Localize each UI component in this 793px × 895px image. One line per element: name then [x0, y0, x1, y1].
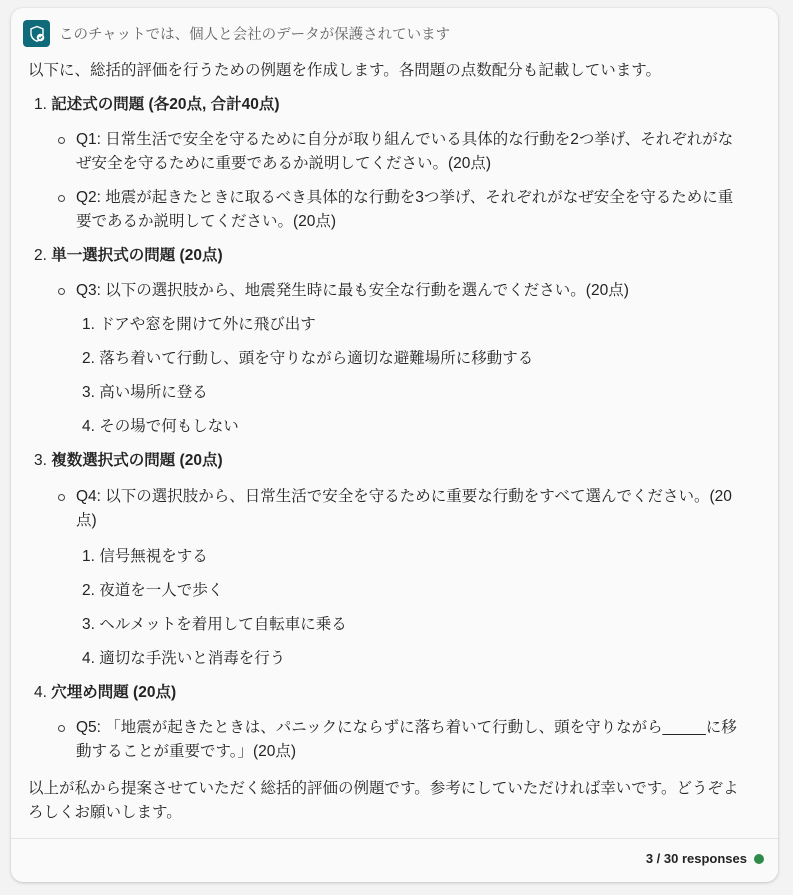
bullet-icon — [58, 137, 65, 144]
footer-divider — [11, 838, 778, 839]
bullet-icon — [58, 725, 65, 732]
shield-check-icon — [23, 20, 50, 47]
option-item: 2. 落ち着いて行動し、頭を守りながら適切な避難場所に移動する — [82, 348, 533, 370]
option-item: 2. 夜道を一人で歩く — [82, 580, 223, 602]
option-item: 3. ヘルメットを着用して自転車に乗る — [82, 614, 347, 636]
option-item: 1. ドアや窓を開けて外に飛び出す — [82, 314, 316, 336]
section-heading: 2. 単一選択式の問題 (20点) — [34, 245, 223, 267]
privacy-notice-text: このチャットでは、個人と会社のデータが保護されています — [59, 23, 450, 44]
bullet-icon — [58, 494, 65, 501]
option-item: 1. 信号無視をする — [82, 546, 208, 568]
outro-text: 以上が私から提案させていただく総括的評価の例題です。参考にしていただければ幸いで… — [28, 778, 763, 824]
response-count-text: 3 / 30 responses — [646, 851, 747, 866]
response-counter: 3 / 30 responses — [646, 851, 764, 866]
status-dot-icon — [754, 854, 764, 864]
privacy-notice: このチャットでは、個人と会社のデータが保護されています — [23, 20, 450, 47]
section-heading: 1. 記述式の問題 (各20点, 合計40点) — [34, 94, 279, 116]
section-heading: 4. 穴埋め問題 (20点) — [34, 682, 176, 704]
bullet-icon — [58, 288, 65, 295]
chat-message-card: このチャットでは、個人と会社のデータが保護されています 以下に、総括的評価を行う… — [11, 8, 778, 882]
bullet-icon — [58, 195, 65, 202]
option-item: 3. 高い場所に登る — [82, 382, 208, 404]
intro-text: 以下に、総括的評価を行うための例題を作成します。各問題の点数配分も記載しています… — [28, 60, 661, 82]
section-heading: 3. 複数選択式の問題 (20点) — [34, 450, 223, 472]
option-item: 4. 適切な手洗いと消毒を行う — [82, 648, 285, 670]
option-item: 4. その場で何もしない — [82, 416, 239, 438]
